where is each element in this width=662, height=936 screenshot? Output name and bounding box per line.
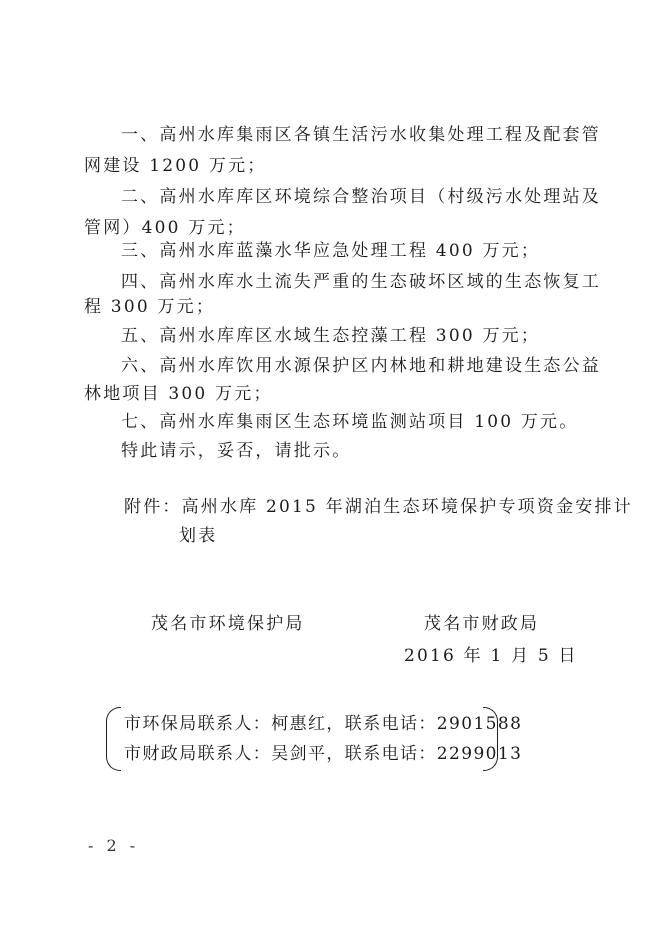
- item-5-line-1: 五、高州水库库区水域生态控藻工程 300 万元；: [121, 325, 540, 347]
- item-7-line-1: 七、高州水库集雨区生态环境监测站项目 100 万元。: [121, 411, 578, 433]
- item-6-line-1: 六、高州水库饮用水源保护区内林地和耕地建设生态公益: [121, 355, 601, 377]
- item-1-line-2: 网建设 1200 万元；: [84, 155, 266, 177]
- signature-left: 茂名市环境保护局: [151, 613, 305, 635]
- signature-date: 2016 年 1 月 5 日: [404, 645, 578, 667]
- item-3-line-1: 三、高州水库蓝藻水华应急处理工程 400 万元；: [121, 240, 540, 262]
- attachment-line-1: 附件：高州水库 2015 年湖泊生态环境保护专项资金安排计: [124, 496, 633, 518]
- item-2-line-2: 管网）400 万元；: [84, 217, 246, 239]
- attachment-line-2: 划表: [179, 525, 217, 547]
- item-2-line-1: 二、高州水库库区环境综合整治项目（村级污水处理站及: [121, 186, 601, 208]
- item-1-line-1: 一、高州水库集雨区各镇生活污水收集处理工程及配套管: [121, 124, 601, 146]
- left-bracket: [106, 707, 121, 771]
- item-6-line-2: 林地项目 300 万元；: [84, 383, 273, 405]
- contact-1: 市环保局联系人：柯惠红，联系电话：2901588: [124, 713, 522, 735]
- closing-text: 特此请示，妥否，请批示。: [121, 440, 351, 462]
- signature-right: 茂名市财政局: [424, 613, 539, 635]
- item-4-line-2: 程 300 万元；: [84, 296, 215, 318]
- page-number: - 2 -: [88, 836, 139, 855]
- item-4-line-1: 四、高州水库水土流失严重的生态破坏区域的生态恢复工: [121, 271, 601, 293]
- contact-2: 市财政局联系人：吴剑平，联系电话：2299013: [124, 743, 522, 765]
- contact-box: 市环保局联系人：柯惠红，联系电话：2901588 市财政局联系人：吴剑平，联系电…: [106, 707, 498, 769]
